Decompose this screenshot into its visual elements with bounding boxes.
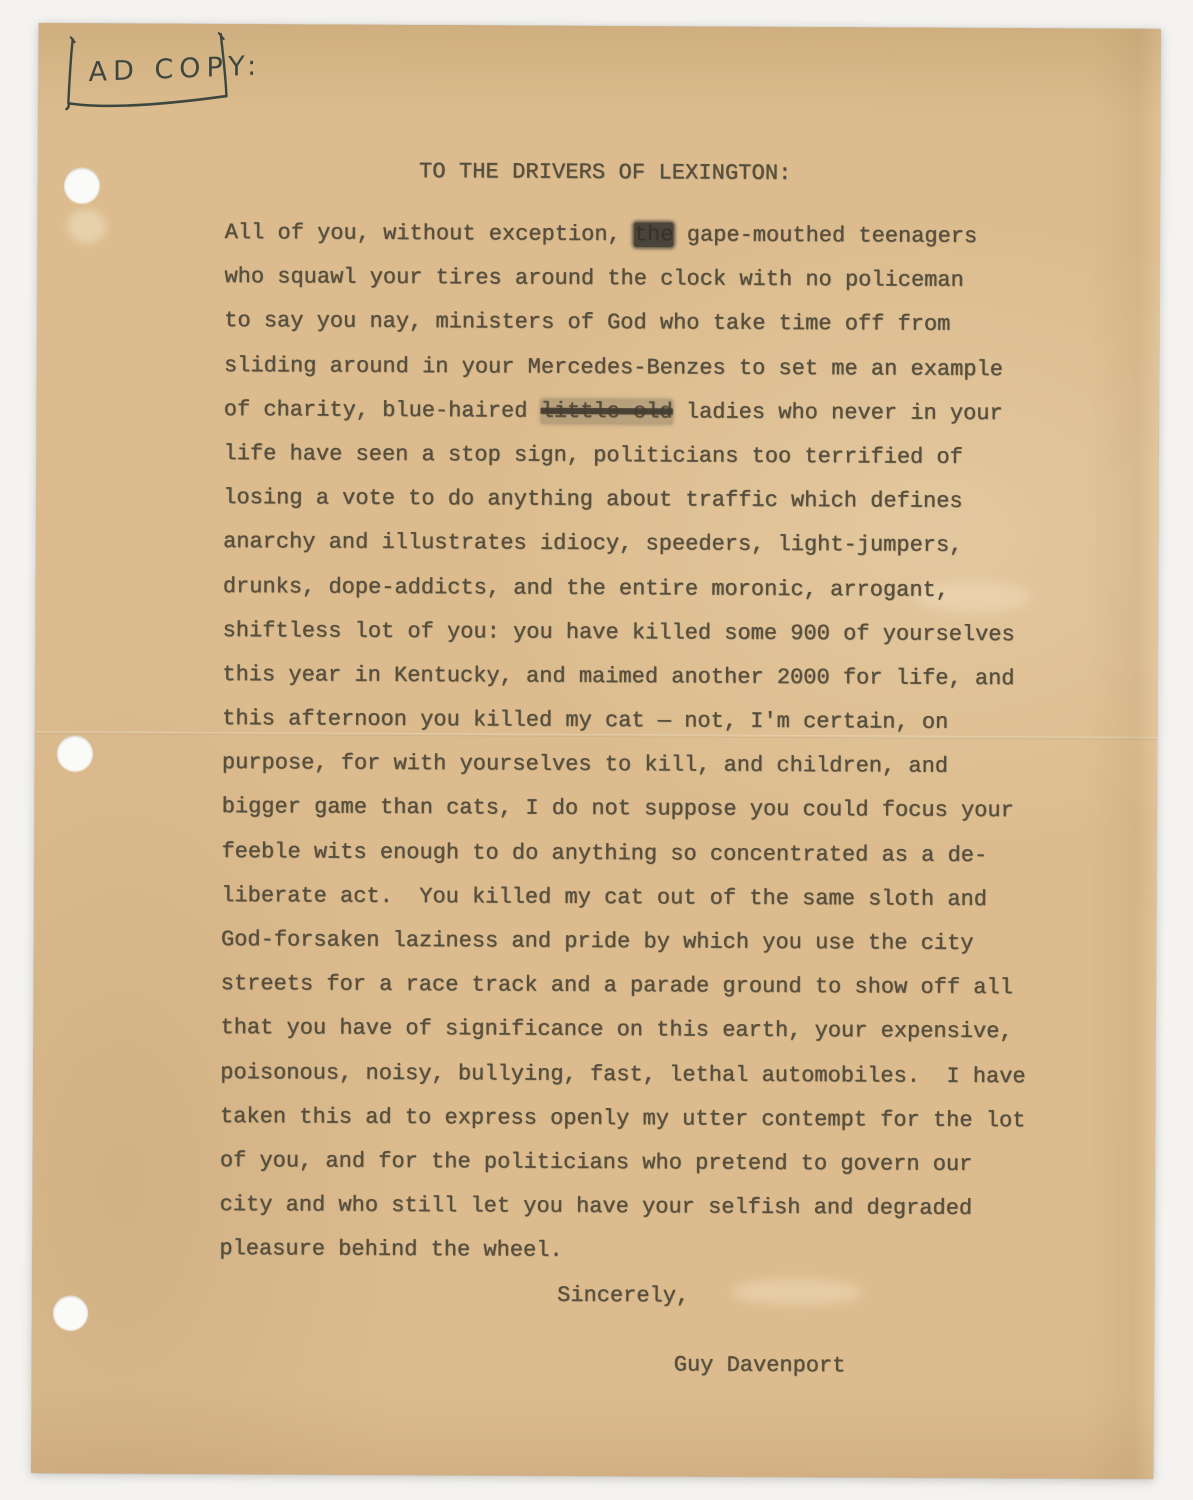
line-text: pleasure behind the wheel. (219, 1236, 562, 1263)
letter-line: of you, and for the politicians who pret… (220, 1148, 1080, 1197)
line-text: to say you nay, ministers of God who tak… (224, 308, 950, 337)
letter-line: losing a vote to do anything about traff… (223, 485, 1083, 534)
letter-line: to say you nay, ministers of God who tak… (224, 308, 1084, 357)
letter-signature: Guy Davenport (674, 1352, 846, 1378)
redacted-text: the (634, 222, 674, 247)
letter-line: poisonous, noisy, bullying, fast, lethal… (220, 1060, 1080, 1109)
letter-line: purpose, for with yourselves to kill, an… (222, 750, 1082, 799)
line-text: feeble wits enough to do anything so con… (221, 839, 987, 868)
letter-line: streets for a race track and a parade gr… (221, 971, 1081, 1020)
struck-out-text: little old (541, 398, 673, 424)
line-text: liberate act. You killed my cat out of t… (221, 883, 987, 912)
letter-line: God-forsaken laziness and pride by which… (221, 927, 1081, 976)
line-text: life have seen a stop sign, politicians … (223, 441, 962, 470)
scan-background: AD COPY: TO THE DRIVERS OF LEXINGTON: Al… (0, 0, 1193, 1500)
letter-line: drunks, dope-addicts, and the entire mor… (223, 574, 1083, 623)
letter-line: taken this ad to express openly my utter… (220, 1104, 1080, 1153)
letter-line: All of you, without exception, the gape-… (225, 220, 1085, 269)
line-text: bigger game than cats, I do not suppose … (222, 794, 1014, 823)
line-text: who squawl your tires around the clock w… (224, 264, 963, 293)
letter-line: of charity, blue-haired little old ladie… (224, 397, 1084, 446)
line-text: this year in Kentucky, and maimed anothe… (222, 662, 1014, 691)
letter-line: this year in Kentucky, and maimed anothe… (222, 662, 1082, 711)
line-text: of charity, blue-haired (224, 397, 541, 424)
letter-line: bigger game than cats, I do not suppose … (222, 794, 1082, 843)
line-text: gape-mouthed teenagers (674, 222, 978, 249)
punch-hole-bottom (53, 1295, 88, 1330)
line-text: poisonous, noisy, bullying, fast, lethal… (220, 1060, 1025, 1089)
line-text: ladies who never in your (673, 399, 1003, 426)
line-text: city and who still let you have your sel… (220, 1192, 973, 1221)
line-text: streets for a race track and a parade gr… (221, 971, 1013, 1000)
punch-hole-middle (57, 735, 93, 771)
letter-line: pleasure behind the wheel. (219, 1236, 1079, 1285)
letter-line: shiftless lot of you: you have killed so… (222, 618, 1082, 667)
punch-hole-ghost (68, 209, 106, 243)
line-text: of you, and for the politicians who pret… (220, 1148, 973, 1177)
line-text: taken this ad to express openly my utter… (220, 1104, 1025, 1133)
letter-line: city and who still let you have your sel… (219, 1192, 1079, 1241)
letter-line: feeble wits enough to do anything so con… (221, 839, 1081, 888)
letter-line: liberate act. You killed my cat out of t… (221, 883, 1081, 932)
line-text: sliding around in your Mercedes-Benzes t… (224, 353, 1003, 382)
ad-copy-annotation: AD COPY: (60, 29, 242, 118)
line-text: drunks, dope-addicts, and the entire mor… (223, 574, 949, 603)
letter-body: All of you, without exception, the gape-… (219, 220, 1085, 1285)
letter-line: sliding around in your Mercedes-Benzes t… (224, 353, 1084, 402)
line-text: shiftless lot of you: you have killed so… (223, 618, 1015, 647)
line-text: anarchy and illustrates idiocy, speeders… (223, 529, 962, 558)
letter-closing: Sincerely, (557, 1283, 689, 1309)
letter-title: TO THE DRIVERS OF LEXINGTON: (419, 159, 792, 186)
line-text: All of you, without exception, (225, 220, 634, 247)
letter-line: life have seen a stop sign, politicians … (223, 441, 1083, 490)
letter-line: who squawl your tires around the clock w… (224, 264, 1084, 313)
line-text: that you have of significance on this ea… (220, 1015, 1012, 1044)
letter-line: this afternoon you killed my cat — not, … (222, 706, 1082, 755)
line-text: this afternoon you killed my cat — not, … (222, 706, 948, 735)
line-text: God-forsaken laziness and pride by which… (221, 927, 974, 956)
punch-hole-top (64, 167, 100, 203)
line-text: losing a vote to do anything about traff… (223, 485, 962, 514)
letter-line: anarchy and illustrates idiocy, speeders… (223, 529, 1083, 578)
letter-line: that you have of significance on this ea… (220, 1015, 1080, 1064)
line-text: purpose, for with yourselves to kill, an… (222, 750, 948, 779)
letter-paper: AD COPY: TO THE DRIVERS OF LEXINGTON: Al… (31, 23, 1161, 1479)
